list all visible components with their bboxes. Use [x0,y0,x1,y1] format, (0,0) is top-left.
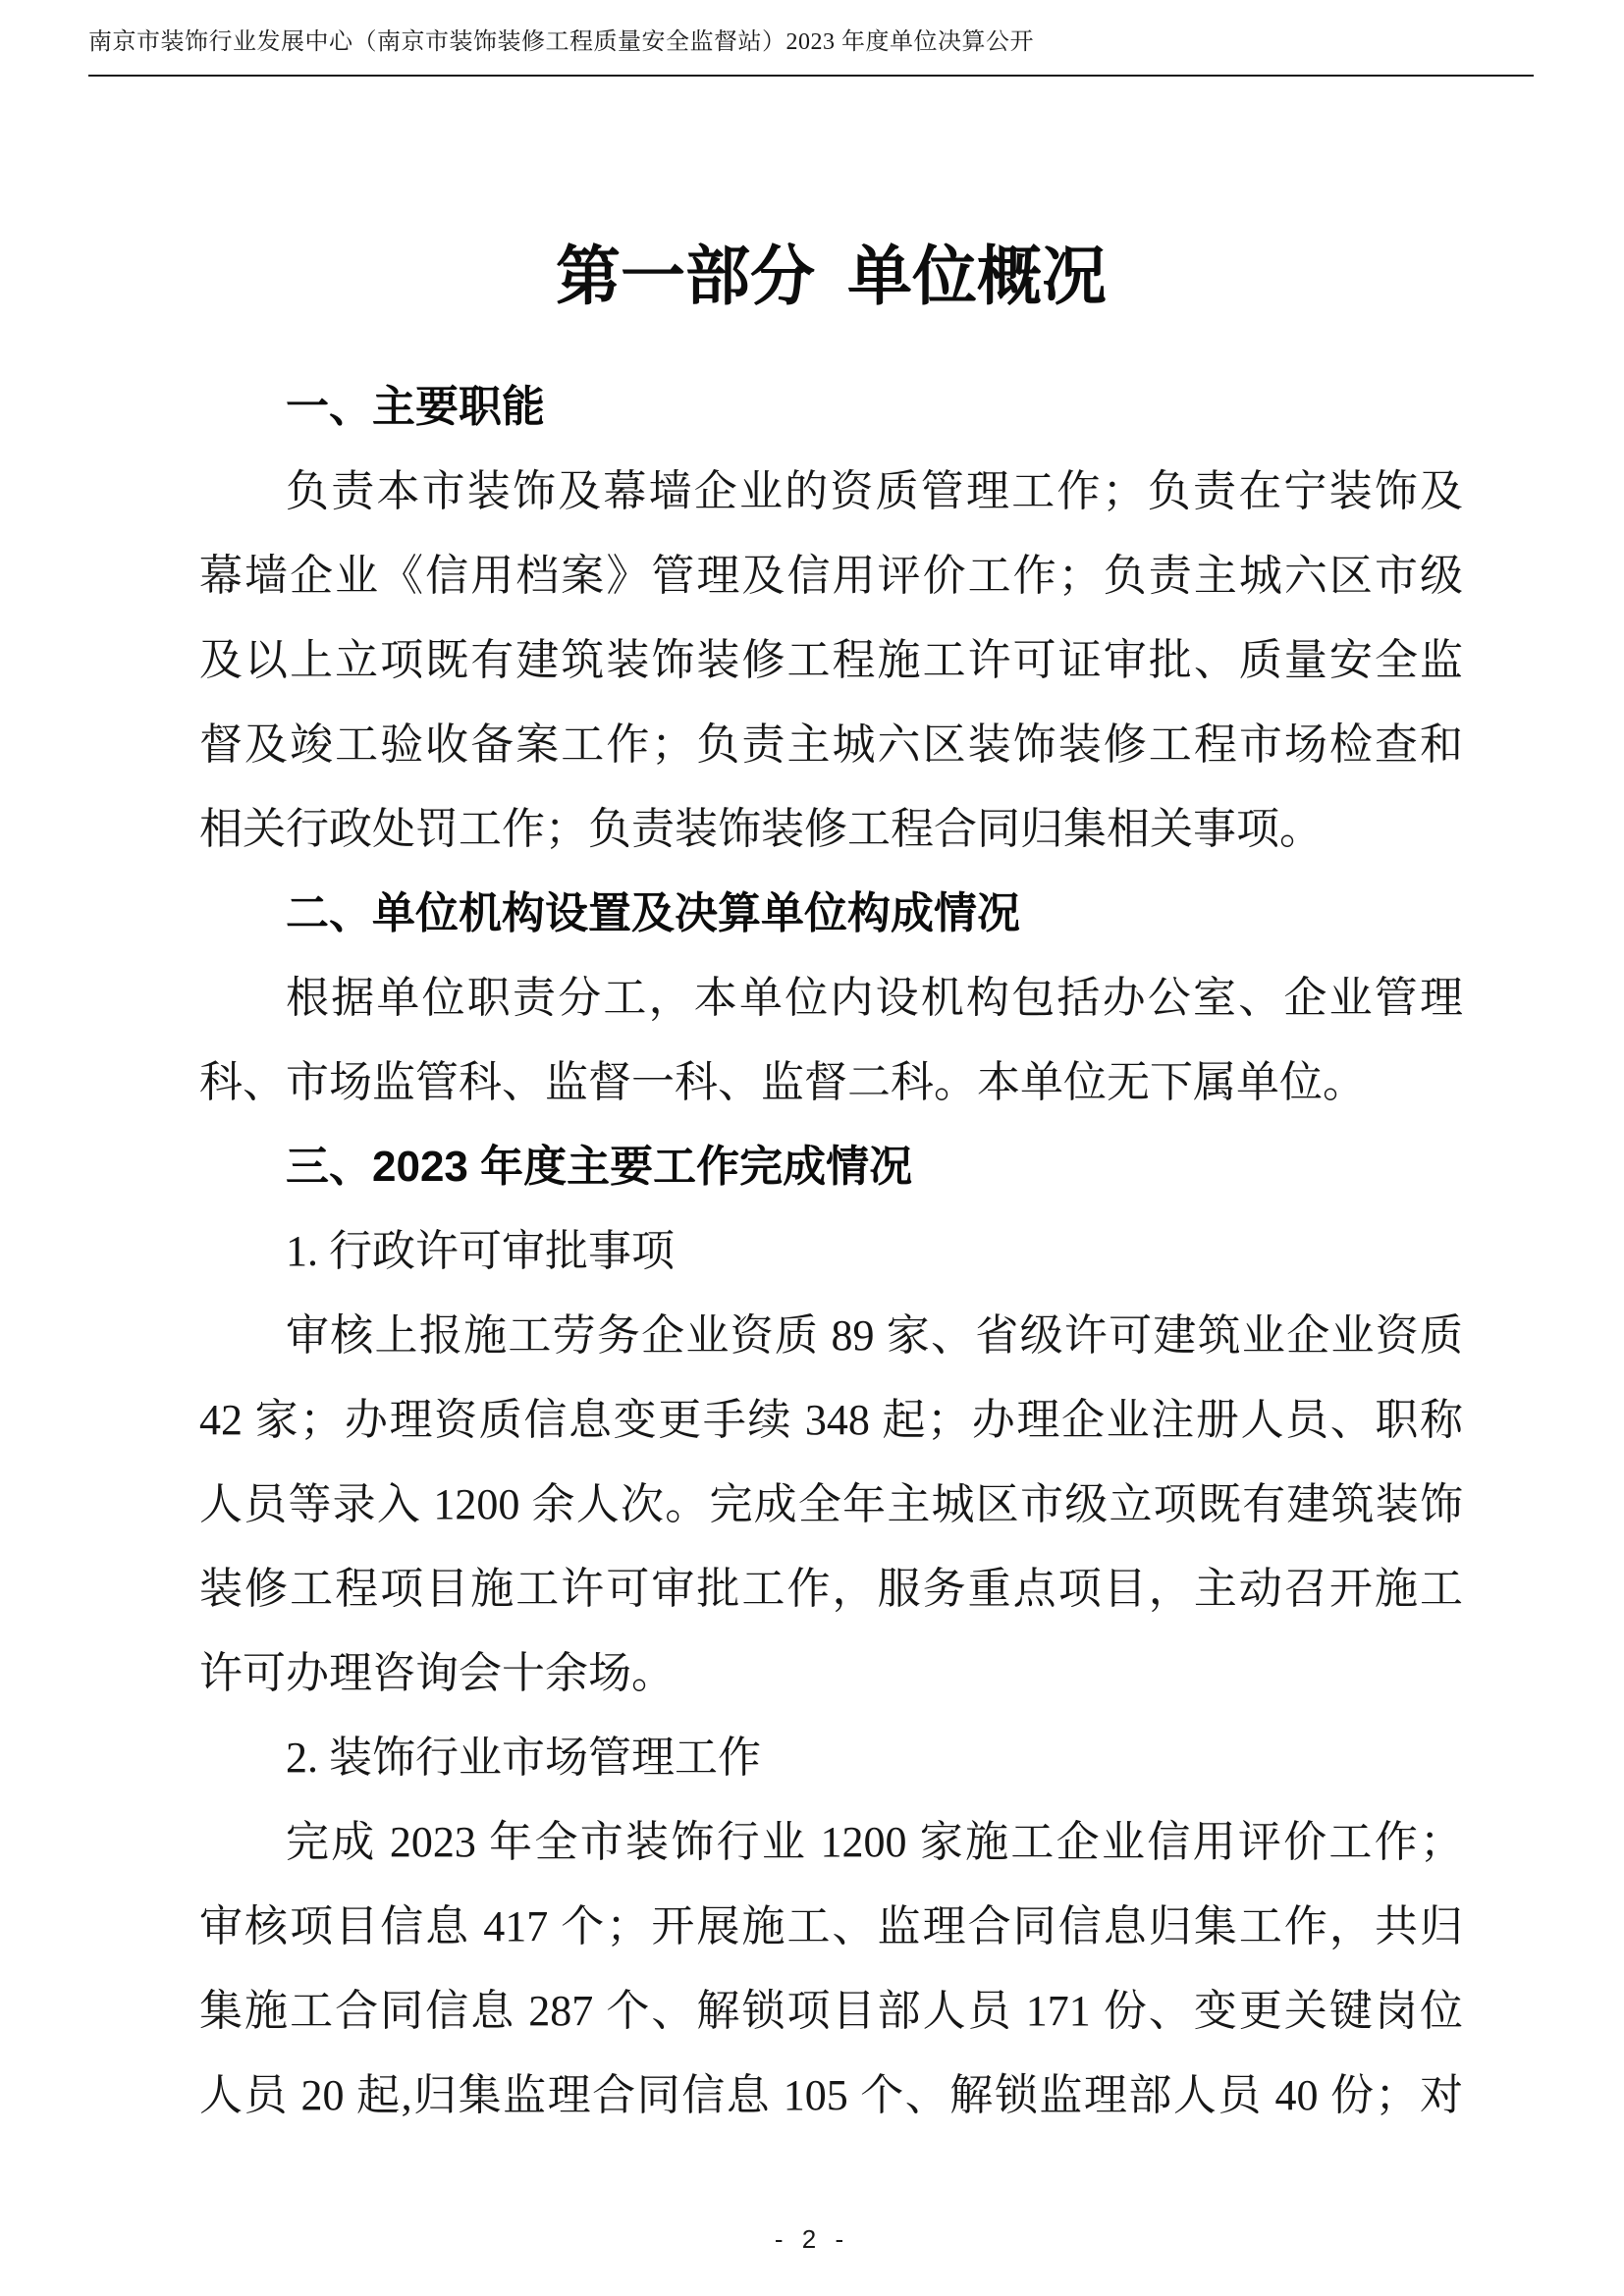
page-header: 南京市装饰行业发展中心（南京市装饰装修工程质量安全监督站）2023 年度单位决算… [88,27,1534,77]
body-line: 根据单位职责分工，本单位内设机构包括办公室、企业管理 [199,956,1463,1041]
body-line: 许可办理咨询会十余场。 [199,1631,1463,1716]
body-line: 集施工合同信息 287 个、解锁项目部人员 171 份、变更关键岗位 [199,1969,1463,2054]
page-number: - 2 - [0,2224,1624,2255]
subsection-heading-2: 2. 装饰行业市场管理工作 [199,1716,1463,1800]
body-line: 及以上立项既有建筑装饰装修工程施工许可证审批、质量安全监 [199,618,1463,703]
document-page: 南京市装饰行业发展中心（南京市装饰装修工程质量安全监督站）2023 年度单位决算… [0,0,1624,2296]
subsection-heading-1: 1. 行政许可审批事项 [199,1209,1463,1294]
body-line: 42 家；办理资质信息变更手续 348 起；办理企业注册人员、职称 [199,1378,1463,1463]
body-line: 完成 2023 年全市装饰行业 1200 家施工企业信用评价工作； [199,1800,1463,1885]
body-line: 负责本市装饰及幕墙企业的资质管理工作；负责在宁装饰及 [199,450,1463,534]
body-line: 审核项目信息 417 个；开展施工、监理合同信息归集工作，共归 [199,1885,1463,1969]
header-title: 南京市装饰行业发展中心（南京市装饰装修工程质量安全监督站）2023 年度单位决算… [88,27,1534,57]
body-line: 相关行政处罚工作；负责装饰装修工程合同归集相关事项。 [199,787,1463,872]
body-line: 审核上报施工劳务企业资质 89 家、省级许可建筑业企业资质 [199,1294,1463,1378]
body-line: 人员 20 起,归集监理合同信息 105 个、解锁监理部人员 40 份；对 [199,2054,1463,2138]
section-heading-3: 三、2023 年度主要工作完成情况 [199,1125,1463,1209]
page-title: 第一部分 单位概况 [199,230,1463,326]
body-line: 幕墙企业《信用档案》管理及信用评价工作；负责主城六区市级 [199,534,1463,618]
body-line: 人员等录入 1200 余人次。完成全年主城区市级立项既有建筑装饰 [199,1463,1463,1547]
body-line: 科、市场监管科、监督一科、监督二科。本单位无下属单位。 [199,1041,1463,1125]
body-line: 装修工程项目施工许可审批工作，服务重点项目，主动召开施工 [199,1547,1463,1631]
section-heading-1: 一、主要职能 [199,365,1463,450]
document-body: 一、主要职能 负责本市装饰及幕墙企业的资质管理工作；负责在宁装饰及 幕墙企业《信… [199,365,1463,2138]
section-heading-2: 二、单位机构设置及决算单位构成情况 [199,872,1463,956]
body-line: 督及竣工验收备案工作；负责主城六区装饰装修工程市场检查和 [199,703,1463,787]
